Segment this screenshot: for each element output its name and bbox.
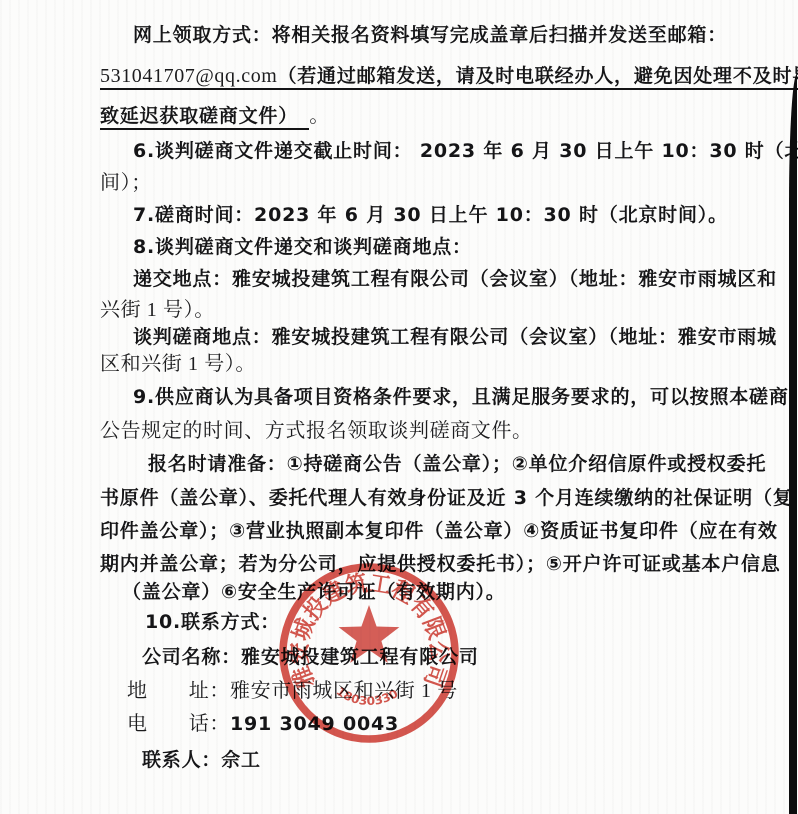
text-run: （若通过邮箱发送，请及时电联经办人，避免因处理不及时导 — [277, 65, 798, 90]
text-line: 区和兴街 1 号）。 — [100, 351, 760, 377]
text-line: 兴街 1 号）。 — [100, 297, 760, 323]
text-run: 谈判磋商地点： — [133, 326, 272, 348]
stamp-serial-number: 18030330 — [334, 684, 401, 708]
text-run: 地 址： — [127, 680, 230, 702]
text-line: 谈判磋商地点：雅安城投建筑工程有限公司（会议室）（地址：雅安市雨城 — [100, 324, 793, 350]
text-run: 联系人： — [142, 749, 221, 771]
text-run: 将相关报名资料填写完成盖章后扫描并发送至邮箱： — [272, 24, 727, 46]
text-run — [298, 105, 309, 130]
text-line: 印件盖公章）；③营业执照副本复印件（盖公章）④资质证书复印件（应在有效 — [100, 518, 760, 544]
text-line: 致延迟获取磋商文件） 。 — [100, 103, 760, 129]
text-run: 报名时请准备：①持磋商公告（盖公章）；②单位介绍信原件或授权委托 — [148, 453, 766, 475]
text-line: 8.谈判磋商文件递交和谈判磋商地点： — [100, 234, 793, 260]
text-run: 兴街 1 号）。 — [100, 299, 215, 321]
scanned-document-page: 网上领取方式：将相关报名资料填写完成盖章后扫描并发送至邮箱：531041707@… — [0, 0, 798, 814]
text-run: 9.供应商认为具备项目资格条件要求，且满足服务要求的，可以按照本磋商 — [133, 386, 789, 408]
text-run: 雅安城投建筑工程有限公司（会议室）（地址：雅安市雨城 — [272, 326, 777, 348]
text-run: 致延迟获取磋商文件） — [100, 105, 298, 130]
text-line: 书原件（盖公章）、委托代理人有效身份证及近 3 个月连续缴纳的社保证明（复 — [100, 485, 760, 511]
text-run: 6.谈判磋商文件递交截止时间： — [133, 140, 412, 162]
text-line: 报名时请准备：①持磋商公告（盖公章）；②单位介绍信原件或授权委托 — [100, 451, 798, 477]
company-seal-stamp: 雅安城投建筑工程有限公司 18030330 — [267, 551, 471, 755]
text-run: 佘工 — [221, 749, 261, 771]
text-run: 雅安城投建筑工程有限公司（会议室）（地址：雅安市雨城区和 — [232, 268, 777, 290]
text-run: 10.联系方式： — [145, 611, 280, 633]
text-run: 印件盖公章）；③营业执照副本复印件（盖公章）④资质证书复印件（应在有效 — [100, 520, 778, 542]
text-run: 531041707@qq.com — [100, 65, 277, 90]
text-run: 公司名称： — [142, 646, 241, 668]
text-line: 7.磋商时间：2023 年 6 月 30 日上午 10：30 时（北京时间）。 — [100, 202, 793, 228]
text-run: 7.磋商时间： — [133, 204, 254, 226]
text-run: 书原件（盖公章）、委托代理人有效身份证及近 3 个月连续缴纳的社保证明（复 — [100, 487, 793, 509]
text-run: 区和兴街 1 号）。 — [100, 353, 256, 375]
text-line: 间）； — [100, 170, 760, 196]
text-line: 公告规定的时间、方式报名领取谈判磋商文件。 — [100, 418, 760, 444]
text-run: 电 话： — [127, 713, 230, 735]
text-line: 9.供应商认为具备项目资格条件要求，且满足服务要求的，可以按照本磋商 — [100, 384, 793, 410]
text-run: 2023 年 6 月 30 日上午 10：30 时（北京时 — [412, 140, 798, 162]
text-run: 递交地点： — [133, 268, 232, 290]
text-run: 2023 年 6 月 30 日上午 10：30 时（北京时间）。 — [254, 204, 728, 226]
text-run: 8.谈判磋商文件递交和谈判磋商地点： — [133, 236, 472, 258]
text-run: 公告规定的时间、方式报名领取谈判磋商文件。 — [100, 420, 533, 442]
svg-text:18030330: 18030330 — [334, 684, 401, 708]
text-run: 间）； — [100, 172, 152, 194]
scan-edge-strip — [789, 74, 797, 814]
text-line: 递交地点：雅安城投建筑工程有限公司（会议室）（地址：雅安市雨城区和 — [100, 266, 793, 292]
text-run: 。 — [309, 105, 330, 127]
text-run: 网上领取方式： — [133, 24, 272, 46]
star-icon — [339, 605, 400, 663]
text-line: 531041707@qq.com（若通过邮箱发送，请及时电联经办人，避免因处理不… — [100, 63, 760, 89]
text-line: 6.谈判磋商文件递交截止时间： 2023 年 6 月 30 日上午 10：30 … — [100, 138, 793, 164]
text-line: 网上领取方式：将相关报名资料填写完成盖章后扫描并发送至邮箱： — [100, 22, 793, 48]
